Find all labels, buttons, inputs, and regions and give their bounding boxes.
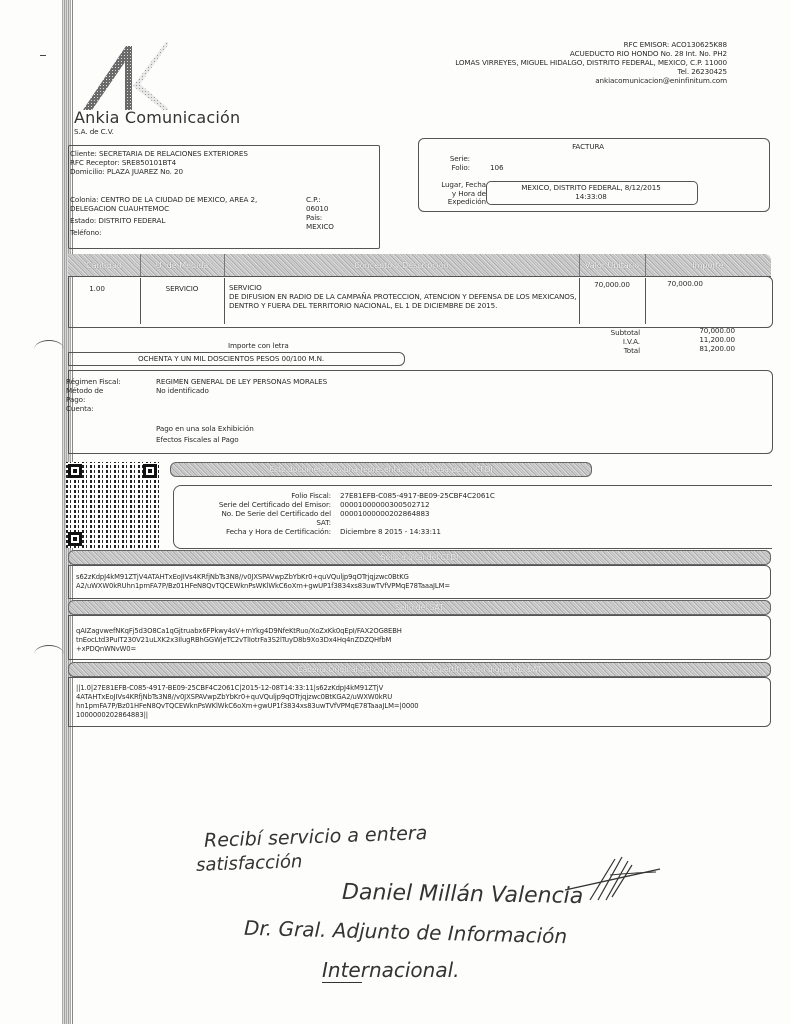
scan-mark (40, 55, 46, 56)
handwritten-received-2: satisfacción (196, 851, 303, 876)
folio-value: 106 (490, 163, 503, 172)
telefono-label: Teléfono: (70, 228, 101, 237)
handwritten-received-1: Recibí servicio a entera (204, 822, 428, 852)
invoice-labels: Serie: Folio: (418, 154, 470, 172)
certification-values: 27E81EFB-C085-4917-BE09-25CBF4C2061C 000… (340, 491, 640, 536)
issuer-rfc: RFC EMISOR: ACO130625K88 (307, 40, 727, 49)
lugar-value-1: MEXICO, DISTRITO FEDERAL, 8/12/2015 (486, 183, 696, 192)
serie-label: Serie: (418, 154, 470, 163)
item-cantidad: 1.00 (68, 284, 126, 293)
cadena-original-text: ||1.0|27E81EFB-C085-4917-BE09-25CBF4C206… (76, 684, 756, 720)
serie-sat-label-1: No. De Serie del Certificado del (175, 509, 331, 518)
importe-letra-label: Importe con letra (228, 341, 289, 350)
rfc-receptor-label: RFC Receptor: (70, 158, 120, 167)
pais-label: País: (306, 213, 334, 222)
header-valor-unitario: Valor Unitario (579, 254, 646, 276)
colonia-value-2: DELEGACION CUAUHTEMOC (70, 204, 300, 213)
cfdi-band: Este documento es una representación imp… (170, 462, 592, 477)
domicilio-label: Domicilio: (70, 167, 105, 176)
issuer-info: RFC EMISOR: ACO130625K88 ACUEDUCTO RIO H… (307, 40, 727, 85)
cadena-original-band: Cadena Original del complemento de certi… (68, 662, 771, 677)
issuer-email: ankiacomunicacion@eninfinitum.com (307, 76, 727, 85)
signature-icon (560, 855, 670, 909)
handwritten-title-2: Internacional. (322, 958, 460, 982)
rfc-receptor-value: SRE850101BT4 (122, 158, 176, 167)
sello-sat-line-2: tnEocLtd3PuIT230V21uLXK2x3IlugRBhGGWjeTC… (76, 636, 756, 645)
sello-cfdi-line-2: A2/uWXW0kRUhn1pmFA7P/Bz01HFeN8QvTQCEWknP… (76, 582, 756, 591)
client-details: Cliente: SECRETARIA DE RELACIONES EXTERI… (70, 149, 370, 176)
colonia-label: Colonia: (70, 195, 98, 204)
regimen-label: Régimen Fiscal: (66, 377, 156, 386)
item-unidad: SERVICIO (140, 284, 224, 293)
importe-letra-value: OCHENTA Y UN MIL DOSCIENTOS PESOS 00/100… (138, 354, 324, 363)
estado-value: DISTRITO FEDERAL (98, 216, 165, 225)
ak-logo-icon (78, 42, 168, 112)
certification-labels: Folio Fiscal: Serie del Certificado del … (175, 491, 331, 536)
total-label: Total (560, 346, 640, 355)
sello-sat-line-3: +xPDQnWNvW0= (76, 645, 756, 654)
cuenta-label: Cuenta: (66, 404, 156, 413)
fiscal-labels: Régimen Fiscal: Método de Pago: Cuenta: (66, 377, 156, 413)
estado-label: Estado: (70, 216, 96, 225)
item-valor-unitario: 70,000.00 (579, 280, 645, 289)
issuer-address-2: LOMAS VIRREYES, MIGUEL HIDALGO, DISTRITO… (307, 58, 727, 67)
lugar-label: Lugar, Fecha y Hora de Expedición (418, 181, 486, 207)
subtotal-value: 70,000.00 (660, 326, 735, 335)
item-importe: 70,000.00 (645, 279, 725, 288)
fecha-cert-label: Fecha y Hora de Certificación: (175, 527, 331, 536)
totals-values: 70,000.00 11,200.00 81,200.00 (660, 326, 735, 353)
sello-sat-line-1: qAIZagvwefNKqFj5d3O8Ca1qGjtruabx6FPkwy4s… (76, 627, 756, 636)
lugar-label-3: Expedición (418, 198, 486, 207)
lugar-value: MEXICO, DISTRITO FEDERAL, 8/12/2015 14:3… (486, 183, 696, 201)
company-name: Ankia Comunicación (74, 108, 240, 127)
subtotal-label: Subtotal (560, 328, 640, 337)
lugar-value-2: 14:33:08 (486, 192, 696, 201)
table-row: 1.00 SERVICIO SERVICIO DE DIFUSION EN RA… (68, 278, 771, 326)
invoice-title: FACTURA (418, 142, 758, 151)
header-concepto: Concepto y Descripción (224, 254, 580, 276)
metodo-label-1: Método de (66, 386, 156, 395)
totals-labels: Subtotal I.V.A. Total (560, 328, 640, 355)
colonia-value-1: CENTRO DE LA CIUDAD DE MEXICO, AREA 2, (101, 195, 258, 204)
issuer-address-1: ACUEDUCTO RIO HONDO No. 28 Int. No. PH2 (307, 49, 727, 58)
forma-pago: Pago en una sola Exhibición (156, 423, 556, 434)
header-unidad: U. de Medida (140, 254, 225, 276)
cadena-line-3: hn1pmFA7P/Bz01HFeN8QvTQCEWknPsWKlWkC6oXm… (76, 702, 756, 711)
cp-value: 06010 (306, 204, 334, 213)
items-table-header: Cantidad U. de Medida Concepto y Descrip… (68, 254, 771, 277)
sello-cfdi-band: Sello digital del CFDI (68, 550, 771, 565)
client-value: SECRETARIA DE RELACIONES EXTERIORES (99, 149, 248, 158)
client-cp-pais: C.P.: 06010 País: MEXICO (306, 195, 334, 231)
item-concepto: SERVICIO DE DIFUSION EN RADIO DE LA CAMP… (229, 283, 577, 310)
serie-sat-label-2: SAT: (175, 518, 331, 527)
handwritten-name: Daniel Millán Valencia (342, 880, 584, 909)
serie-emisor-value: 00001000000300502712 (340, 500, 640, 509)
handwritten-title-1: Dr. Gral. Adjunto de Información (244, 916, 568, 948)
metodo-value: No identificado (156, 386, 556, 395)
sello-cfdi-line-1: s62zKdpJ4kM91ZTjV4ATAHTxEoJIVs4KRfjNbTs3… (76, 573, 756, 582)
sello-sat-band: Sello del SAT (68, 600, 771, 615)
client-colonia: Colonia: CENTRO DE LA CIUDAD DE MEXICO, … (70, 195, 300, 237)
folio-fiscal-value: 27E81EFB-C085-4917-BE09-25CBF4C2061C (340, 491, 640, 500)
cp-label: C.P.: (306, 195, 334, 204)
fiscal-values: REGIMEN GENERAL DE LEY PERSONAS MORALES … (156, 377, 556, 395)
efectos-fiscales: Efectos Fiscales al Pago (156, 434, 556, 445)
serie-sat-value: 00001000000202864883 (340, 509, 640, 518)
header-cantidad: Cantidad (68, 254, 141, 276)
cadena-line-4: 1000000202864883|| (76, 711, 756, 720)
iva-value: 11,200.00 (660, 335, 735, 344)
item-concepto-desc: DE DIFUSION EN RADIO DE LA CAMPAÑA PROTE… (229, 292, 577, 310)
company-suffix: S.A. de C.V. (74, 127, 114, 136)
sello-cfdi-text: s62zKdpJ4kM91ZTjV4ATAHTxEoJIVs4KRfjNbTs3… (76, 573, 756, 591)
fecha-cert-value: Diciembre 8 2015 - 14:33:11 (340, 527, 640, 536)
header-importe: Importe (645, 254, 771, 276)
scan-mark-arc-1 (34, 340, 64, 359)
serie-emisor-label: Serie del Certificado del Emisor: (175, 500, 331, 509)
company-logo (78, 42, 168, 112)
qr-code (66, 462, 159, 548)
fiscal-notes: Pago en una sola Exhibición Efectos Fisc… (156, 423, 556, 445)
client-label: Cliente: (70, 149, 97, 158)
sello-sat-text: qAIZagvwefNKqFj5d3O8Ca1qGjtruabx6FPkwy4s… (76, 627, 756, 654)
metodo-label-2: Pago: (66, 395, 156, 404)
cadena-line-1: ||1.0|27E81EFB-C085-4917-BE09-25CBF4C206… (76, 684, 756, 693)
folio-fiscal-label: Folio Fiscal: (175, 491, 331, 500)
total-value: 81,200.00 (660, 344, 735, 353)
issuer-phone: Tel. 26230425 (307, 67, 727, 76)
iva-label: I.V.A. (560, 337, 640, 346)
folio-label: Folio: (418, 163, 470, 172)
pais-value: MEXICO (306, 222, 334, 231)
regimen-value: REGIMEN GENERAL DE LEY PERSONAS MORALES (156, 377, 556, 386)
item-concepto-title: SERVICIO (229, 283, 577, 292)
handwritten-underline-stroke (322, 982, 362, 983)
domicilio-value: PLAZA JUAREZ No. 20 (107, 167, 183, 176)
scan-mark-arc-2 (34, 645, 64, 664)
cadena-line-2: 4ATAHTxEoJIVs4KRfjNbTs3N8//v0JXSPAVwpZbY… (76, 693, 756, 702)
